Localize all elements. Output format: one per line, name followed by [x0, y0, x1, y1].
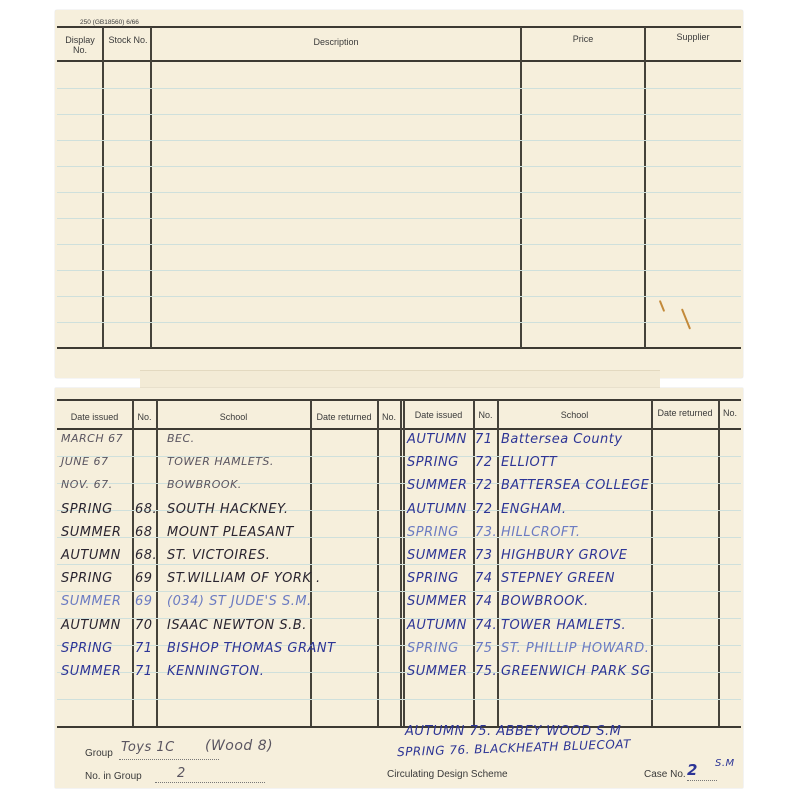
- col-divider: [377, 400, 379, 726]
- ruled-line: [57, 322, 741, 323]
- date-issued-cell: SPRING: [407, 571, 459, 586]
- stock-record-card: 250 (GB18560) 6/66 Display No. Stock No.…: [55, 10, 743, 378]
- school-cell: BOWBROOK.: [167, 478, 242, 491]
- ruled-line: [57, 510, 741, 511]
- col-divider: [132, 400, 134, 726]
- group-field-line: [119, 759, 219, 760]
- ruled-line: [57, 591, 741, 592]
- header-date-issued: Date issued: [57, 412, 132, 422]
- ruled-line: [57, 192, 741, 193]
- date-issued-cell: SUMMER: [407, 478, 467, 493]
- date-issued-cell: NOV. 67.: [61, 478, 113, 491]
- col-divider: [718, 400, 720, 726]
- issue-no-cell: 69: [135, 571, 153, 586]
- ruled-line: [57, 618, 741, 619]
- header-supplier: Supplier: [645, 32, 741, 42]
- header-date-returned: Date returned: [311, 412, 377, 422]
- issue-no-cell: 75: [475, 641, 493, 656]
- date-issued-cell: JUNE 67: [61, 455, 108, 468]
- school-cell: TOWER HAMLETS.: [167, 455, 274, 468]
- header-date-returned: Date returned: [652, 408, 718, 418]
- issue-no-cell: 68.: [135, 502, 157, 517]
- case-label: Case No.: [644, 769, 686, 780]
- ruled-line: [57, 456, 741, 457]
- issue-no-cell: 71: [135, 664, 153, 679]
- issue-no-cell: 74: [475, 594, 493, 609]
- issue-no-cell: 69: [135, 594, 153, 609]
- school-cell: ST.WILLIAM OF YORK .: [167, 571, 321, 586]
- issue-no-cell: 72: [475, 502, 493, 517]
- col-divider: [644, 27, 646, 348]
- table-bottom-rule: [57, 726, 741, 728]
- school-cell: HIGHBURY GROVE: [501, 548, 627, 563]
- no-in-group-label: No. in Group: [85, 771, 142, 782]
- header-price: Price: [521, 34, 645, 44]
- school-cell: BOWBROOK.: [501, 594, 589, 609]
- school-cell: STEPNEY GREEN: [501, 571, 615, 586]
- date-issued-cell: MARCH 67: [61, 432, 123, 445]
- header-no: No.: [474, 410, 497, 420]
- scheme-label: Circulating Design Scheme: [387, 769, 508, 780]
- school-cell: SOUTH HACKNEY.: [167, 502, 288, 517]
- date-issued-cell: SPRING: [407, 641, 459, 656]
- col-divider: [651, 400, 653, 726]
- ruled-line: [57, 244, 741, 245]
- date-issued-cell: SPRING: [61, 571, 113, 586]
- overflow-entry: S.M: [715, 758, 735, 769]
- header-no: No.: [133, 412, 156, 422]
- school-cell: ELLIOTT: [501, 455, 557, 470]
- group-label: Group: [85, 748, 113, 759]
- ruled-line: [57, 537, 741, 538]
- ruled-line: [57, 88, 741, 89]
- date-issued-cell: SUMMER: [407, 594, 467, 609]
- school-cell: BISHOP THOMAS GRANT: [167, 641, 336, 656]
- header-date-issued: Date issued: [404, 410, 473, 420]
- header-school: School: [157, 412, 310, 422]
- school-cell: MOUNT PLEASANT: [167, 525, 294, 540]
- header-no-returned: No.: [378, 412, 400, 422]
- table-bottom-rule: [57, 347, 741, 349]
- ruled-line: [57, 564, 741, 565]
- school-cell: ENGHAM.: [501, 502, 567, 517]
- ruled-line: [57, 166, 741, 167]
- date-issued-cell: SUMMER: [61, 664, 121, 679]
- issue-no-cell: 71: [135, 641, 153, 656]
- issue-no-cell: 73: [475, 548, 493, 563]
- date-issued-cell: SPRING: [61, 502, 113, 517]
- school-cell: GREENWICH PARK SG: [501, 664, 651, 679]
- col-divider: [520, 27, 522, 348]
- card-tab-strip: [140, 370, 660, 390]
- col-divider: [150, 27, 152, 348]
- col-divider: [497, 400, 499, 726]
- date-issued-cell: SUMMER: [61, 525, 121, 540]
- date-issued-cell: SUMMER: [61, 594, 121, 609]
- school-cell: ST. VICTOIRES.: [167, 548, 270, 563]
- school-cell: TOWER HAMLETS.: [501, 618, 626, 633]
- school-cell: (034) ST JUDE'S S.M.: [167, 594, 312, 609]
- case-value: 2: [687, 761, 698, 779]
- issue-no-cell: 68.: [135, 548, 157, 563]
- date-issued-cell: AUTUMN: [61, 618, 121, 633]
- date-issued-cell: SPRING: [407, 455, 459, 470]
- date-issued-cell: SPRING: [61, 641, 113, 656]
- rust-stain: [681, 308, 691, 329]
- date-issued-cell: AUTUMN: [407, 432, 467, 447]
- school-cell: HILLCROFT.: [501, 525, 580, 540]
- date-issued-cell: SUMMER: [407, 548, 467, 563]
- header-stock-no: Stock No.: [107, 35, 149, 45]
- group-value: Toys 1C: [121, 740, 175, 755]
- ruled-line: [57, 140, 741, 141]
- header-no-returned: No.: [719, 408, 741, 418]
- col-divider: [156, 400, 158, 726]
- header-bottom-rule: [57, 428, 741, 430]
- col-divider: [102, 27, 104, 348]
- form-code: 250 (GB18560) 6/66: [80, 19, 139, 26]
- center-divider: [400, 400, 402, 726]
- school-cell: KENNINGTON.: [167, 664, 264, 679]
- ruled-line: [57, 296, 741, 297]
- issue-no-cell: 71: [475, 432, 493, 447]
- col-divider: [310, 400, 312, 726]
- school-cell: ISAAC NEWTON S.B.: [167, 618, 307, 633]
- issue-record-card: Date issued No. School Date returned No.…: [55, 388, 743, 788]
- group-note: (Wood 8): [205, 738, 273, 754]
- issue-no-cell: 74.: [475, 618, 497, 633]
- header-school: School: [498, 410, 651, 420]
- no-in-group-field-line: [155, 782, 265, 783]
- overflow-entry: AUTUMN 75. ABBEY WOOD S.M: [405, 724, 621, 739]
- center-divider: [403, 400, 405, 726]
- issue-no-cell: 75.: [475, 664, 497, 679]
- school-cell: BATTERSEA COLLEGE: [501, 478, 649, 493]
- issue-no-cell: 72: [475, 478, 493, 493]
- date-issued-cell: SUMMER: [407, 664, 467, 679]
- ruled-line: [57, 218, 741, 219]
- date-issued-cell: AUTUMN: [407, 618, 467, 633]
- header-display-no: Display No.: [59, 35, 101, 55]
- school-cell: Battersea County: [501, 432, 623, 447]
- issue-no-cell: 68: [135, 525, 153, 540]
- ruled-line: [57, 699, 741, 700]
- date-issued-cell: AUTUMN: [61, 548, 121, 563]
- header-bottom-rule: [57, 60, 741, 62]
- no-in-group-value: 2: [177, 766, 186, 781]
- rust-stain: [659, 300, 665, 312]
- school-cell: BEC.: [167, 432, 195, 445]
- ruled-line: [57, 114, 741, 115]
- date-issued-cell: SPRING: [407, 525, 459, 540]
- issue-no-cell: 72: [475, 455, 493, 470]
- header-description: Description: [151, 37, 521, 47]
- issue-no-cell: 70: [135, 618, 153, 633]
- school-cell: ST. PHILLIP HOWARD.: [501, 641, 649, 656]
- header-top-rule: [57, 399, 741, 401]
- header-top-rule: [57, 26, 741, 28]
- ruled-line: [57, 270, 741, 271]
- issue-no-cell: 74: [475, 571, 493, 586]
- case-field-line: [687, 780, 717, 781]
- overflow-entry: SPRING 76. BLACKHEATH BLUECOAT: [397, 737, 631, 759]
- date-issued-cell: AUTUMN: [407, 502, 467, 517]
- issue-no-cell: 73.: [475, 525, 497, 540]
